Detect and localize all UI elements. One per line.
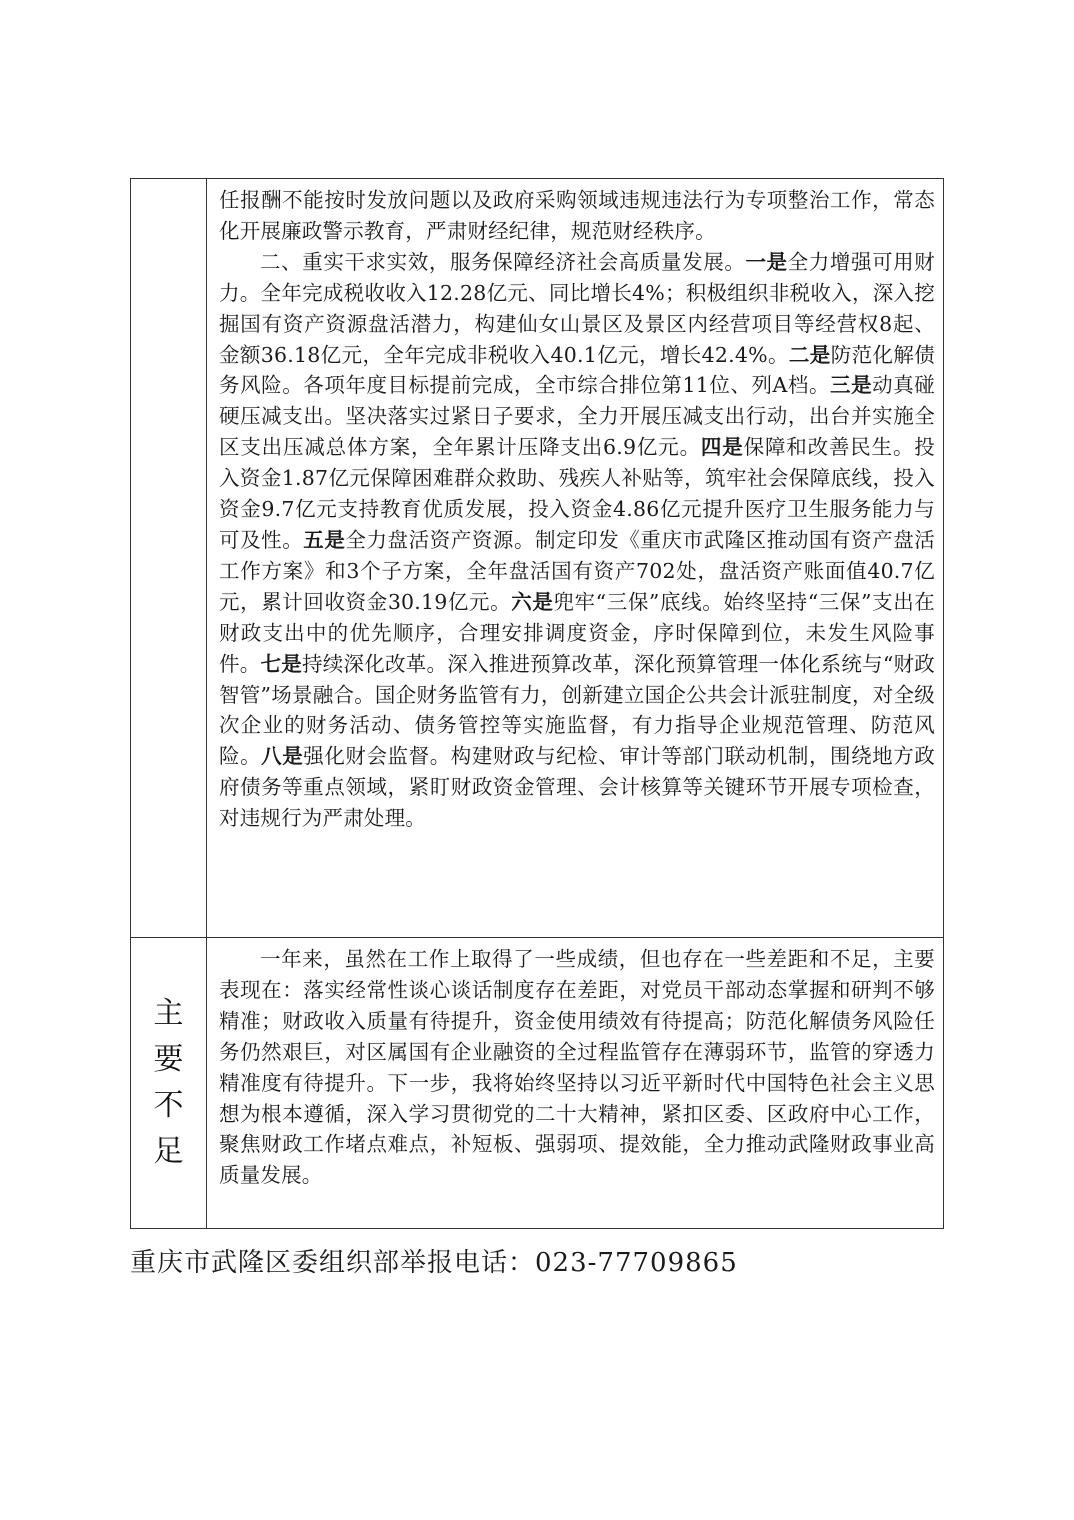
row-content-cell: 任报酬不能按时发放问题以及政府采购领域违规违法行为专项整治工作，常态化开展廉政警… [207, 179, 943, 937]
bold-lead: 三是 [830, 373, 872, 397]
row-content-cell: 一年来，虽然在工作上取得了一些成绩，但也存在一些差距和不足，主要表现在：落实经常… [207, 938, 943, 1228]
table-row-shortcomings: 主要不足 一年来，虽然在工作上取得了一些成绩，但也存在一些差距和不足，主要表现在… [131, 937, 943, 1228]
text-segment: 一年来，虽然在工作上取得了一些成绩，但也存在一些差距和不足，主要表现在：落实经常… [219, 947, 935, 1187]
bold-lead: 六是 [511, 590, 553, 614]
bold-lead: 一是 [745, 250, 787, 274]
report-table: 任报酬不能按时发放问题以及政府采购领域违规违法行为专项整治工作，常态化开展廉政警… [130, 178, 944, 1229]
bold-lead: 五是 [303, 528, 345, 552]
paragraph: 二、重实干求实效，服务保障经济社会高质量发展。一是全力增强可用财力。全年完成税收… [219, 247, 935, 834]
row-label-shortcomings: 主要不足 [152, 991, 186, 1175]
report-hotline-footer: 重庆市武隆区委组织部举报电话：023-77709865 [130, 1242, 738, 1279]
row-label-cell: 主要不足 [131, 938, 207, 1228]
row-label-cell [131, 179, 207, 937]
bold-lead: 七是 [261, 652, 303, 676]
text-segment: 任报酬不能按时发放问题以及政府采购领域违规违法行为专项整治工作，常态化开展廉政警… [219, 188, 935, 243]
paragraph: 任报酬不能按时发放问题以及政府采购领域违规违法行为专项整治工作，常态化开展廉政警… [219, 185, 935, 247]
bold-lead: 二是 [789, 343, 831, 367]
text-segment: 强化财会监督。构建财政与纪检、审计等部门联动机制，围绕地方政府债务等重点领域，紧… [219, 744, 935, 830]
bold-lead: 四是 [701, 435, 744, 459]
paragraph: 一年来，虽然在工作上取得了一些成绩，但也存在一些差距和不足，主要表现在：落实经常… [219, 944, 935, 1191]
table-row-achievements: 任报酬不能按时发放问题以及政府采购领域违规违法行为专项整治工作，常态化开展廉政警… [131, 179, 943, 937]
bold-lead: 八是 [261, 744, 303, 768]
text-segment: 二、重实干求实效，服务保障经济社会高质量发展。 [260, 250, 745, 274]
